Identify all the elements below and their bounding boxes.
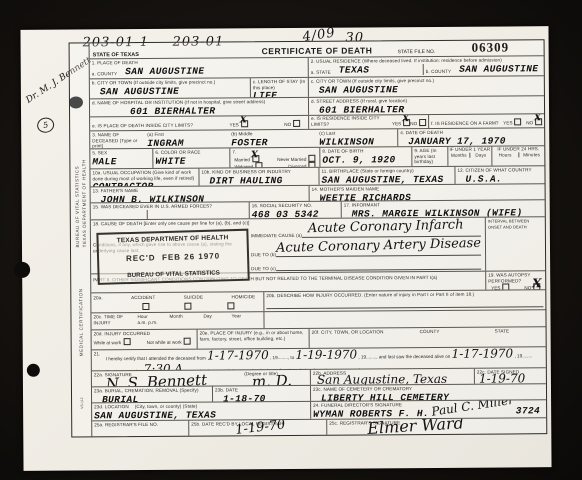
field-usual-occupation: 10a. USUAL OCCUPATION (Give kind of work… [90, 169, 198, 187]
field-residence-city: c. CITY OR TOWN (If outside city limits,… [308, 76, 544, 97]
handwritten-x-mark: X [251, 150, 258, 160]
blank-injury-line [266, 305, 543, 309]
value-burial-date: 1-18-70 [223, 392, 308, 401]
scanned-death-certificate: { "marks": {"x": "X"}, "opts": {"yes": "… [0, 0, 582, 480]
value-middle-name: FOSTER [231, 136, 315, 147]
blank-due-to-c [276, 262, 481, 271]
field-describe-how-injury-occurred: 20b. DESCRIBE HOW INJURY OCCURRED. (Ente… [263, 290, 545, 311]
checkbox-married: X [252, 155, 259, 162]
value-date-signed: 1-19-70 [479, 371, 525, 383]
field-informant: 17. INFORMANT MRS. MARGIE WILKINSON (WIF… [341, 200, 545, 217]
value-last-name: WILKINSON [319, 136, 395, 147]
value-funeral-director-license: 3724 [516, 405, 540, 416]
field-place-of-injury: 20e. PLACE OF INJURY (e.g., in or about … [197, 329, 309, 349]
checkbox-widowed [255, 162, 262, 168]
field-residence-inside-city-limits: e. IS RESIDENCE INSIDE CITY LIMITS? YESX… [308, 115, 428, 129]
state-of-texas-label: STATE OF TEXAS [93, 52, 139, 58]
field-social-security-no: 16. SOCIAL SECURITY NO. 468 03 5342 [249, 202, 341, 219]
field-last-name: (c) Last WILKINSON [317, 129, 397, 147]
value-time-of-death: 7:30 A [144, 362, 184, 371]
checkbox-never-married [308, 154, 315, 161]
value-birthplace: SAN AUGUSTINE, TEXAS [321, 173, 452, 184]
value-residence-state: TEXAS [339, 64, 370, 75]
field-first-name: (a) First INGRAM [145, 130, 229, 148]
value-county-of-death: SAN AUGUSTINE [125, 65, 204, 77]
field-hospital-or-institution: d. NAME OF HOSPITAL OR INSTITUTION (If n… [90, 98, 308, 117]
value-attended-from: 1-17-1970 [207, 348, 269, 362]
field-place-of-death-county: 1. PLACE OF DEATH a. COUNTYSAN AUGUSTINE [90, 58, 308, 79]
field-date-signed: 22c. DATE SIGNED 1-19-70 [474, 368, 546, 384]
value-physician-degree: m. D. [252, 371, 293, 386]
field-date-of-death: 4. DATE OF DEATH JANUARY 17, 1970 [397, 128, 544, 146]
field-funeral-director-signature: 24. FUNERAL DIRECTOR'S SIGNATURE WYMAN R… [310, 400, 546, 419]
field-physician-certification: 21. I hereby certify that I attended the… [92, 347, 546, 370]
field-burial-cremation-removal: 23a. BURIAL, CREMATION, REMOVAL (Specify… [92, 387, 212, 403]
field-registrar-signature: 25c. REGISTRAR'S SIGNATURE Elmer Ward [326, 418, 546, 435]
value-physician-address: San Augustine, Texas [317, 372, 447, 385]
checkbox-residence-city-limits-yes: X [403, 119, 410, 126]
checkbox-farm-no: X [535, 118, 542, 125]
field-usual-residence: 2. USUAL RESIDENCE (Where deceased lived… [308, 56, 544, 77]
field-accident-suicide-homicide: 20a. ACCIDENT SUICIDE HOMICIDE [91, 292, 263, 312]
value-citizen: U.S.A. [465, 173, 542, 184]
checkbox-residence-city-limits-no [419, 119, 426, 126]
field-middle-name: (b) Middle FOSTER [229, 130, 317, 148]
received-stamp: TEXAS DEPARTMENT OF HEALTH REC'D FEB 26 … [96, 229, 249, 285]
value-first-name: INGRAM [147, 137, 227, 148]
field-date-received-by-registrar: 25b. DATE REC'D BY LOCAL REGISTRAR 1-19-… [188, 420, 326, 436]
field-birthplace: 11. BIRTHPLACE (State or foreign country… [318, 167, 454, 185]
value-industry: DIRT HAULING [209, 174, 316, 185]
value-city-of-death: SAN AUGUSTINE [100, 85, 248, 97]
value-length-of-stay: LIFE [253, 90, 306, 97]
checkbox-homicide [228, 302, 235, 309]
field-physician-signature: 22a. SIGNATURE (Degree or title) N. S. B… [92, 370, 310, 387]
stamp-date: FEB 26 1970 [162, 251, 220, 262]
field-if-under-24-hrs: IF UNDER 24 HRS. Hours Minutes [491, 146, 544, 165]
checkbox-divorced [308, 161, 315, 167]
state-file-no-label: STATE FILE NO. [398, 49, 436, 55]
checkbox-autopsy-yes [502, 283, 509, 289]
value-funeral-home: WYMAN ROBERTS F. H. [313, 407, 544, 419]
field-name-of-deceased: 3. NAME OF DECEASED (Type or print) [90, 131, 145, 148]
value-due-to-b: Acute Coronary Artery Disease [276, 236, 481, 256]
value-residence-county: SAN AUGUSTINE [459, 63, 538, 75]
field-city-of-death: b. CITY OR TOWN (If outside city limits,… [90, 78, 250, 98]
field-street-address: d. STREET ADDRESS (If rural, give locati… [308, 96, 544, 115]
field-color-or-race: 6. COLOR OR RACE WHITE [152, 148, 229, 168]
field-kind-of-business: 10b. KIND OF BUSINESS OR INDUSTRY DIRT H… [198, 168, 318, 186]
value-burial-location: SAN AUGUSTINE, TEXAS [94, 408, 308, 420]
field-date-of-birth: 8. DATE OF BIRTH OCT. 9, 1920 [319, 147, 411, 167]
value-last-seen-alive: 1-17-1970 [452, 347, 514, 361]
field-marital-status: 7. MarriedX Never Married Widowed Divorc… [229, 148, 319, 168]
stamp-department-line: TEXAS DEPARTMENT OF HEALTH [117, 234, 229, 244]
value-fathers-name: JOHN B. WILKINSON [101, 192, 307, 202]
handwritten-x-mark: X [534, 114, 541, 123]
value-residence-city: SAN AUGUSTINE [319, 83, 542, 96]
value-date-received: 1-19-70 [235, 420, 287, 436]
stamp-recd-label: REC'D [126, 253, 156, 263]
certificate-paper: Dr. M. J. Bennett 5 203-01-1 203-01 4/09… [20, 26, 551, 471]
value-mothers-maiden-name: WEETIE RICHARDS [320, 191, 543, 201]
form-number: VS-112 [80, 397, 84, 408]
field-residence-on-farm: f. IS RESIDENCE ON A FARM? YES NOX [428, 114, 544, 128]
checkbox-autopsy-no: X [533, 283, 540, 289]
field-physician-address: 22b. ADDRESS San Augustine, Texas [310, 369, 474, 385]
field-interval-onset-death: INTERVAL BETWEEN ONSET AND DEATH [485, 217, 545, 270]
state-file-number: 06309 [472, 39, 510, 55]
stamp-bureau-line: BUREAU OF VITAL STATISTICS [127, 269, 220, 279]
field-if-under-1-year: IF UNDER 1 YEAR Months Days [447, 147, 491, 166]
handwritten-x-mark: X [240, 116, 247, 125]
field-residence-county: b. COUNTYSAN AUGUSTINE [423, 63, 544, 75]
value-street-address: 601 BIERHALTER [319, 103, 542, 115]
checkbox-death-city-limits-no [293, 120, 300, 127]
handwritten-x-mark: X [402, 115, 409, 124]
punch-hole [27, 364, 40, 377]
field-mothers-maiden-name: 14. MOTHER'S MAIDEN NAME WEETIE RICHARDS [309, 184, 545, 201]
checkbox-death-city-limits-yes: X [241, 120, 248, 127]
field-injury-city-county-state: 20f. CITY, TOWN, OR LOCATION COUNTY STAT… [309, 327, 546, 348]
field-death-inside-city-limits: e. IS PLACE OF DEATH INSIDE CITY LIMITS?… [90, 116, 308, 131]
field-residence-state: a. STATETEXAS [309, 64, 423, 76]
field-fathers-name: 13. FATHER'S NAME JOHN B. WILKINSON [91, 186, 309, 203]
field-registrar-file-no: 25a. REGISTRAR'S FILE NO. [92, 421, 188, 437]
field-length-of-stay: c. LENGTH OF STAY (In this place) LIFE [250, 78, 308, 97]
field-sex: 5. SEX MALE [90, 149, 152, 168]
handwritten-x-mark: X [532, 276, 541, 289]
value-date-of-birth: OCT. 9, 1920 [322, 154, 409, 166]
checkbox-suicide [185, 302, 192, 309]
vertical-dept-label: TEXAS DEPARTMENT OF HEALTH [80, 47, 86, 247]
value-sex: MALE [92, 155, 150, 166]
value-age: 49 [414, 164, 445, 166]
vertical-bureau-label: BUREAU OF VITAL STATISTICS [73, 47, 79, 247]
field-autopsy: 19. WAS AUTOPSY PERFORMED? YES NOX [485, 271, 545, 289]
left-vertical-strip: BUREAU OF VITAL STATISTICS TEXAS DEPARTM… [70, 43, 93, 436]
certificate-form: BUREAU OF VITAL STATISTICS TEXAS DEPARTM… [69, 39, 548, 437]
field-armed-forces: 15. WAS DECEASED EVER IN U.S. ARMED FORC… [91, 202, 249, 219]
field-age: 9. AGE (In years last birthday) 49 [411, 147, 447, 166]
value-race: WHITE [155, 155, 227, 167]
form-header: STATE OF TEXAS CERTIFICATE OF DEATH STAT… [90, 40, 544, 58]
value-immediate-cause: Acute Coronary Infarch [308, 218, 464, 237]
checkbox-accident [142, 302, 149, 309]
vertical-medical-certification-label: MEDICAL CERTIFICATION [78, 289, 83, 357]
field-injury-blank [263, 310, 545, 328]
punch-hole [14, 262, 30, 278]
field-cemetery-name: 23c. NAME OF CEMETERY OR CREMATORY LIBER… [310, 384, 546, 401]
value-date-of-death: JANUARY 17, 1970 [408, 135, 542, 147]
field-injury-occurred: 20d. INJURY OCCURRED While at work Not w… [92, 330, 197, 350]
checkbox-while-at-work [123, 338, 130, 345]
value-occupation: CONTRACTOR [93, 181, 197, 187]
checkbox-farm-yes [514, 118, 521, 125]
field-burial-location: 23d. LOCATION (City, town, or county) (S… [92, 402, 310, 421]
field-time-of-injury: 20c. TIME OF INJURY Houra.m. p.m. Month … [91, 312, 263, 329]
value-burial-type: BURIAL [102, 393, 210, 402]
value-registrar-signature: Elmer Ward [367, 418, 465, 435]
value-attended-to: 1-19-1970 [295, 348, 357, 362]
value-cemetery-name: LIBERTY HILL CEMETERY [321, 391, 544, 401]
certificate-title: CERTIFICATE OF DEATH [262, 45, 373, 56]
margin-circled-number: 5 [36, 116, 55, 134]
field-citizen-of-country: 12. CITIZEN OF WHAT COUNTRY U.S.A. [454, 166, 544, 184]
value-hospital-or-institution: 601 BIERHALTER [130, 104, 306, 116]
checkbox-not-while-at-work [184, 337, 191, 344]
field-burial-date: 23b. DATE 1-18-70 [212, 386, 310, 402]
